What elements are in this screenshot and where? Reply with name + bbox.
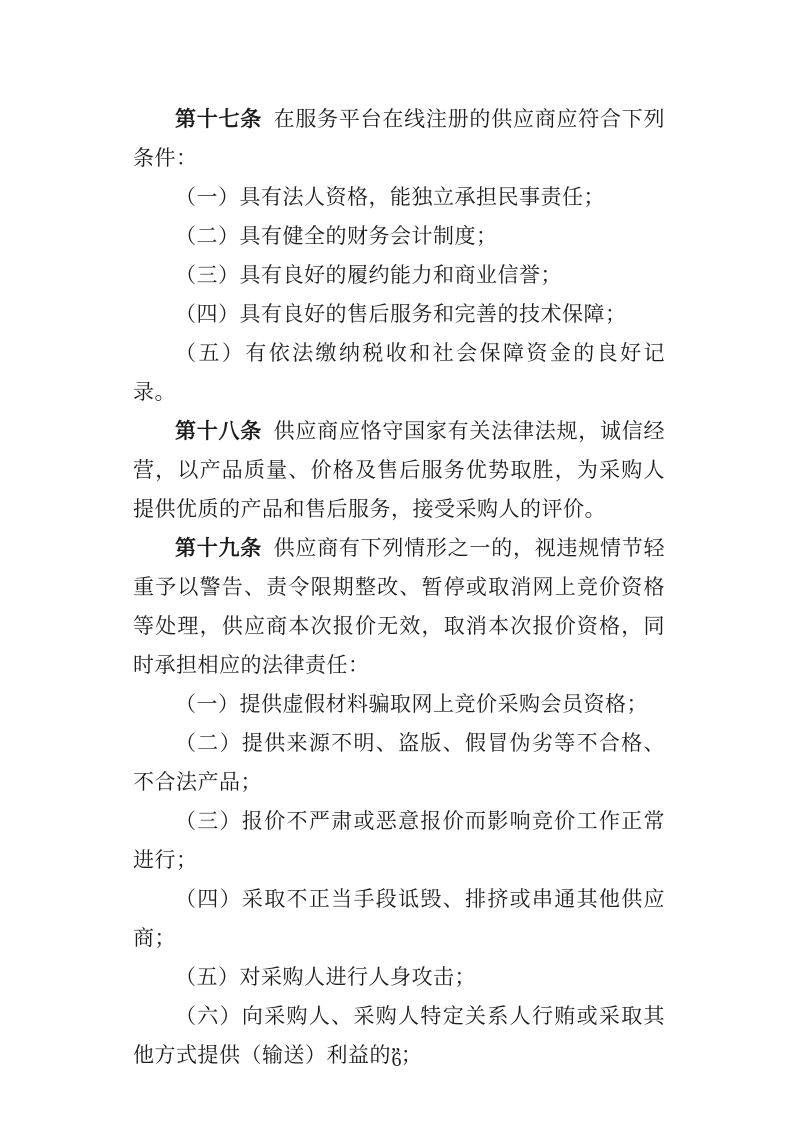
paragraph: 第十九条供应商有下列情形之一的，视违规情节轻重予以警告、责令限期整改、暂停或取消… <box>133 529 665 685</box>
paragraph: （五）有依法缴纳税收和社会保障资金的良好记录。 <box>133 334 665 412</box>
paragraph-text: （三）具有良好的履约能力和商业信誉； <box>175 263 562 287</box>
paragraph-text: （四）采取不正当手段诋毁、排挤或串通其他供应商； <box>133 887 665 950</box>
paragraph: （四）具有良好的售后服务和完善的技术保障； <box>133 295 665 334</box>
paragraph: （一）具有法人资格，能独立承担民事责任； <box>133 178 665 217</box>
paragraph: 第十八条供应商应恪守国家有关法律法规，诚信经营，以产品质量、价格及售后服务优势取… <box>133 412 665 529</box>
paragraph: 第十七条在服务平台在线注册的供应商应符合下列条件： <box>133 100 665 178</box>
paragraph-text: （二）具有健全的财务会计制度； <box>175 224 498 248</box>
paragraph-text: （三）报价不严肃或恶意报价而影响竞价工作正常进行； <box>133 809 665 872</box>
paragraph-text: （一）具有法人资格，能独立承担民事责任； <box>175 185 605 209</box>
paragraph: （二）具有健全的财务会计制度； <box>133 217 665 256</box>
article-heading: 第十七条 <box>175 107 262 131</box>
paragraph-text: （五）对采购人进行人身攻击； <box>175 965 476 989</box>
article-heading: 第十八条 <box>175 419 262 443</box>
article-heading: 第十九条 <box>175 536 262 560</box>
paragraph-text: （二）提供来源不明、盗版、假冒伪劣等不合格、不合法产品； <box>133 731 665 794</box>
paragraph: （三）具有良好的履约能力和商业信誉； <box>133 256 665 295</box>
paragraph: （一）提供虚假材料骗取网上竞价采购会员资格； <box>133 685 665 724</box>
paragraph: （四）采取不正当手段诋毁、排挤或串通其他供应商； <box>133 880 665 958</box>
page-number: 6 <box>0 1050 793 1070</box>
paragraph: （二）提供来源不明、盗版、假冒伪劣等不合格、不合法产品； <box>133 724 665 802</box>
paragraph-text: （一）提供虚假材料骗取网上竞价采购会员资格； <box>175 692 648 716</box>
document-body: 第十七条在服务平台在线注册的供应商应符合下列条件： （一）具有法人资格，能独立承… <box>133 100 665 1075</box>
paragraph: （五）对采购人进行人身攻击； <box>133 958 665 997</box>
paragraph: （三）报价不严肃或恶意报价而影响竞价工作正常进行； <box>133 802 665 880</box>
paragraph-text: （四）具有良好的售后服务和完善的技术保障； <box>175 302 627 326</box>
document-page: 第十七条在服务平台在线注册的供应商应符合下列条件： （一）具有法人资格，能独立承… <box>0 0 793 1122</box>
paragraph-text: （五）有依法缴纳税收和社会保障资金的良好记录。 <box>133 341 665 404</box>
